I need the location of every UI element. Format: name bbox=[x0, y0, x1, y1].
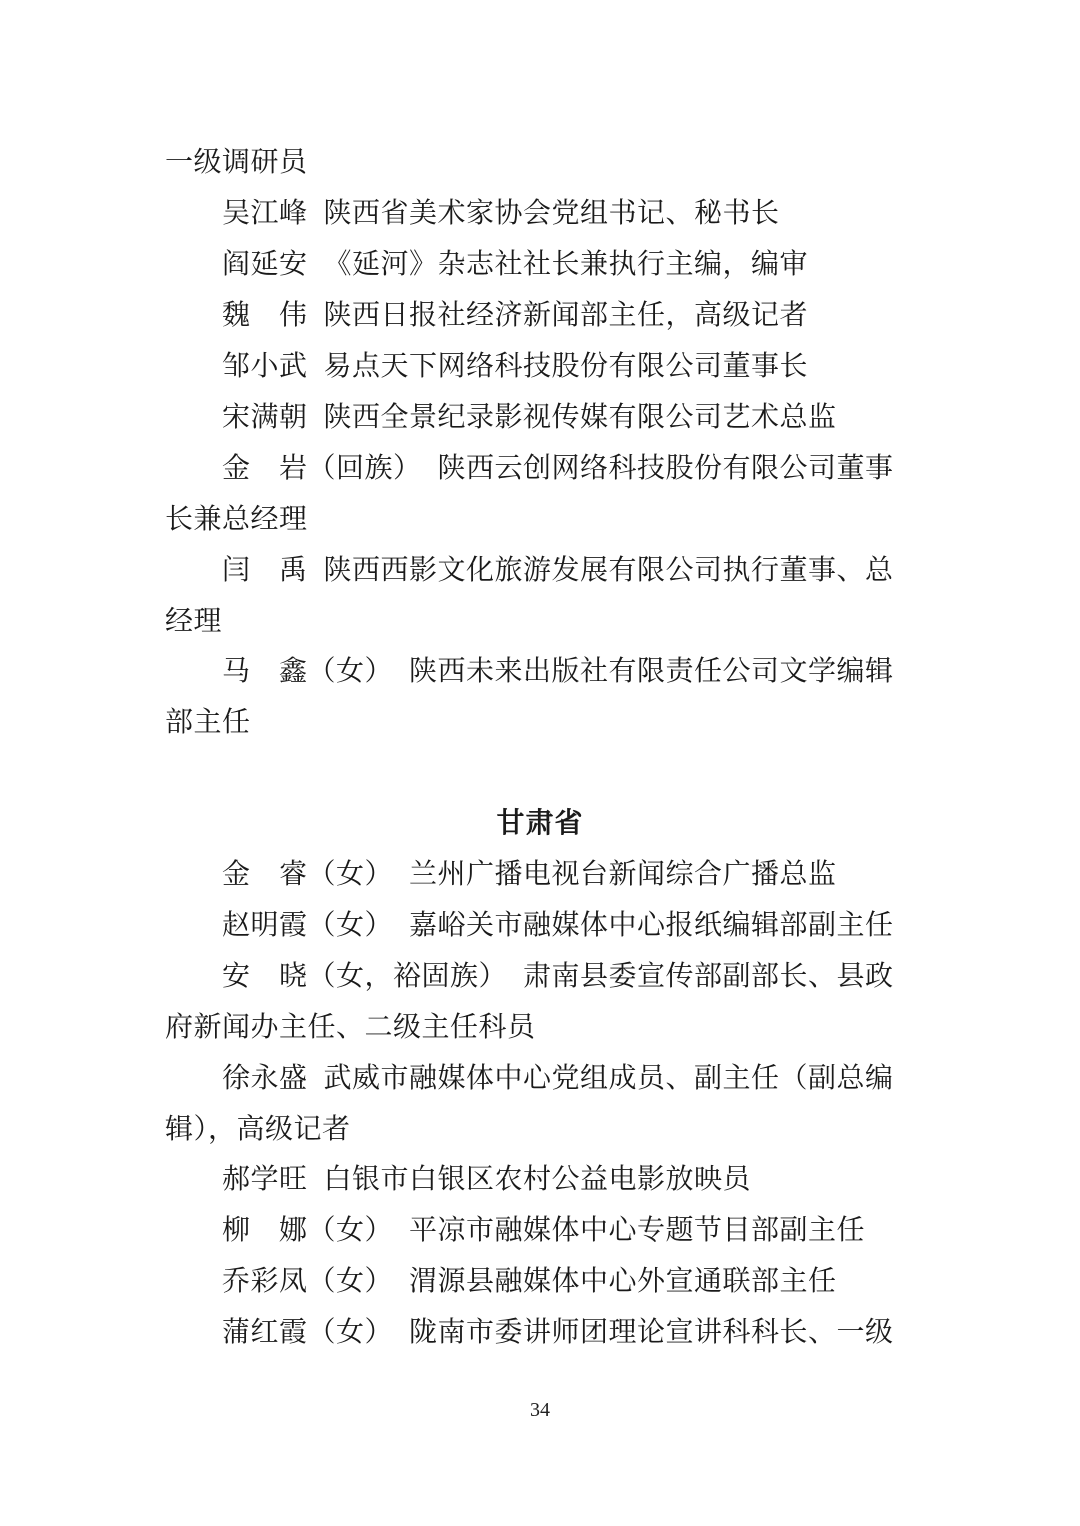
list-item: 安 晓（女，裕固族）肃南县委宣传部副部长、县政 bbox=[222, 956, 982, 996]
person-title: 陕西全景纪录影视传媒有限公司艺术总监 bbox=[324, 400, 837, 433]
person-title: 白银市白银区农村公益电影放映员 bbox=[324, 1162, 752, 1195]
list-item: 宋满朝陕西全景纪录影视传媒有限公司艺术总监 bbox=[222, 397, 982, 437]
document-page: 一级调研员 吴江峰陕西省美术家协会党组书记、秘书长 阎延安《延河》杂志社社长兼执… bbox=[0, 0, 1080, 1526]
person-title: 兰州广播电视台新闻综合广播总监 bbox=[409, 857, 837, 890]
list-item: 徐永盛武威市融媒体中心党组成员、副主任（副总编 bbox=[222, 1058, 982, 1098]
list-item: 赵明霞（女）嘉峪关市融媒体中心报纸编辑部副主任 bbox=[222, 905, 982, 945]
person-name: 徐永盛 bbox=[222, 1058, 308, 1098]
person-name: 吴江峰 bbox=[222, 193, 308, 233]
list-item: 吴江峰陕西省美术家协会党组书记、秘书长 bbox=[222, 193, 982, 233]
wrapped-line: 部主任 bbox=[165, 702, 925, 742]
person-name: 阎延安 bbox=[222, 244, 308, 284]
person-title: 平凉市融媒体中心专题节目部副主任 bbox=[409, 1213, 865, 1246]
list-item: 金 睿（女）兰州广播电视台新闻综合广播总监 bbox=[222, 854, 982, 894]
list-item: 马 鑫（女）陕西未来出版社有限责任公司文学编辑 bbox=[222, 651, 982, 691]
person-name: 马 鑫（女） bbox=[222, 651, 393, 691]
list-item: 魏 伟陕西日报社经济新闻部主任，高级记者 bbox=[222, 295, 982, 335]
list-item: 乔彩凤（女）渭源县融媒体中心外宣通联部主任 bbox=[222, 1261, 982, 1301]
person-title: 肃南县委宣传部副部长、县政 bbox=[523, 959, 894, 992]
person-title: 陕西省美术家协会党组书记、秘书长 bbox=[324, 196, 780, 229]
person-name: 赵明霞（女） bbox=[222, 905, 393, 945]
wrapped-line: 经理 bbox=[165, 601, 925, 641]
continuation-line: 一级调研员 bbox=[165, 142, 925, 182]
person-name: 金 睿（女） bbox=[222, 854, 393, 894]
person-name: 蒲红霞（女） bbox=[222, 1312, 393, 1352]
person-title: 陕西云创网络科技股份有限公司董事 bbox=[438, 451, 894, 484]
wrapped-line: 府新闻办主任、二级主任科员 bbox=[165, 1007, 925, 1047]
person-name: 安 晓（女，裕固族） bbox=[222, 956, 507, 996]
person-title: 《延河》杂志社社长兼执行主编，编审 bbox=[324, 247, 809, 280]
list-item: 蒲红霞（女）陇南市委讲师团理论宣讲科科长、一级 bbox=[222, 1312, 982, 1352]
person-title: 嘉峪关市融媒体中心报纸编辑部副主任 bbox=[409, 908, 894, 941]
list-item: 郝学旺白银市白银区农村公益电影放映员 bbox=[222, 1159, 982, 1199]
person-title: 陕西未来出版社有限责任公司文学编辑 bbox=[409, 654, 894, 687]
person-name: 金 岩（回族） bbox=[222, 448, 422, 488]
person-title: 易点天下网络科技股份有限公司董事长 bbox=[324, 349, 809, 382]
list-item: 柳 娜（女）平凉市融媒体中心专题节目部副主任 bbox=[222, 1210, 982, 1250]
person-title: 陕西西影文化旅游发展有限公司执行董事、总 bbox=[324, 553, 894, 586]
person-name: 乔彩凤（女） bbox=[222, 1261, 393, 1301]
person-name: 宋满朝 bbox=[222, 397, 308, 437]
person-title: 渭源县融媒体中心外宣通联部主任 bbox=[409, 1264, 837, 1297]
person-title: 陕西日报社经济新闻部主任，高级记者 bbox=[324, 298, 809, 331]
person-title: 陇南市委讲师团理论宣讲科科长、一级 bbox=[409, 1315, 894, 1348]
wrapped-line: 长兼总经理 bbox=[165, 499, 925, 539]
list-item: 闫 禹陕西西影文化旅游发展有限公司执行董事、总 bbox=[222, 550, 982, 590]
person-name: 柳 娜（女） bbox=[222, 1210, 393, 1250]
list-item: 金 岩（回族）陕西云创网络科技股份有限公司董事 bbox=[222, 448, 982, 488]
person-name: 魏 伟 bbox=[222, 295, 308, 335]
person-name: 郝学旺 bbox=[222, 1159, 308, 1199]
list-item: 邹小武易点天下网络科技股份有限公司董事长 bbox=[222, 346, 982, 386]
page-number: 34 bbox=[0, 1398, 1080, 1422]
person-name: 邹小武 bbox=[222, 346, 308, 386]
person-title: 武威市融媒体中心党组成员、副主任（副总编 bbox=[324, 1061, 894, 1094]
wrapped-line: 辑），高级记者 bbox=[165, 1109, 925, 1149]
list-item: 阎延安《延河》杂志社社长兼执行主编，编审 bbox=[222, 244, 982, 284]
section-heading: 甘肃省 bbox=[0, 803, 1080, 843]
person-name: 闫 禹 bbox=[222, 550, 308, 590]
